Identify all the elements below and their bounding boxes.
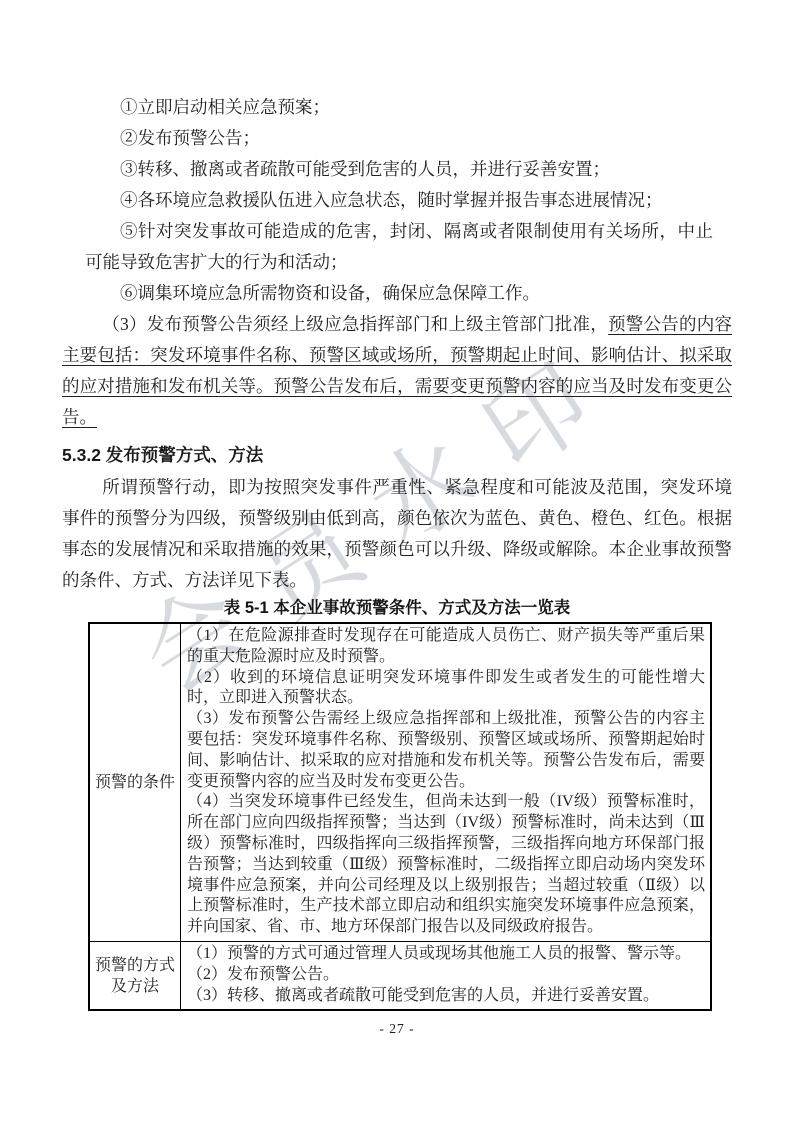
cell-item: （3）发布预警公告需经上级应急指挥部和上级批准，预警公告的内容主要包括：突发环境… — [187, 709, 705, 792]
bullet-item-5: ⑤针对突发事故可能造成的危害，封闭、隔离或者限制使用有关场所，中止可能导致危害扩… — [85, 216, 713, 278]
row-header-methods: 预警的方式及方法 — [89, 941, 181, 1010]
table-row-conditions: 预警的条件 （1）在危险源排查时发现存在可能造成人员伤亡、财产损失等严重后果的重… — [89, 623, 711, 941]
cell-item: （1）在危险源排查时发现存在可能造成人员伤亡、财产损失等严重后果的重大危险源时应… — [187, 626, 705, 668]
cell-item: （2）发布预警公告。 — [187, 965, 705, 986]
cell-item: （1）预警的方式可通过管理人员或现场其他施工人员的报警、警示等。 — [187, 944, 705, 965]
page-content: ①立即启动相关应急预案； ②发布预警公告； ③转移、撤离或者疏散可能受到危害的人… — [0, 0, 793, 1037]
bullet-item-1: ①立即启动相关应急预案； — [85, 92, 713, 123]
document-page: 会员水印 ①立即启动相关应急预案； ②发布预警公告； ③转移、撤离或者疏散可能受… — [0, 0, 793, 1122]
row-body-methods: （1）预警的方式可通过管理人员或现场其他施工人员的报警、警示等。 （2）发布预警… — [181, 941, 712, 1010]
section-heading-5-3-2: 5.3.2 发布预警方式、方法 — [62, 439, 732, 472]
cell-item: （2）收到的环境信息证明突发环境事件即发生或者发生的可能性增大时，立即进入预警状… — [187, 668, 705, 710]
row-body-conditions: （1）在危险源排查时发现存在可能造成人员伤亡、财产损失等严重后果的重大危险源时应… — [181, 623, 712, 941]
table-title: 表 5-1 本企业事故预警条件、方式及方法一览表 — [62, 598, 732, 619]
paragraph-3: （3）发布预警公告须经上级应急指挥部门和上级主管部门批准，预警公告的内容主要包括… — [62, 309, 732, 433]
bullet-item-4: ④各环境应急救援队伍进入应急状态，随时掌握并报告事态进展情况； — [85, 185, 713, 216]
bullet-item-2: ②发布预警公告； — [85, 123, 713, 154]
table-row-methods: 预警的方式及方法 （1）预警的方式可通过管理人员或现场其他施工人员的报警、警示等… — [89, 941, 711, 1010]
row-header-conditions: 预警的条件 — [89, 623, 181, 941]
paragraph-3-plain: （3）发布预警公告须经上级应急指挥部门和上级主管部门批准， — [102, 314, 608, 334]
section-paragraph: 所谓预警行动，即为按照突发事件严重性、紧急程度和可能波及范围，突发环境事件的预警… — [62, 472, 732, 596]
warning-table: 预警的条件 （1）在危险源排查时发现存在可能造成人员伤亡、财产损失等严重后果的重… — [88, 622, 712, 1011]
page-number: - 27 - — [62, 1021, 732, 1037]
bullet-item-3: ③转移、撤离或者疏散可能受到危害的人员，并进行妥善安置； — [85, 154, 713, 185]
bullet-item-6: ⑥调集环境应急所需物资和设备，确保应急保障工作。 — [85, 278, 713, 309]
cell-item: （3）转移、撤离或者疏散可能受到危害的人员，并进行妥善安置。 — [187, 986, 705, 1007]
cell-item: （4）当突发环境事件已经发生，但尚未达到一般（IV级）预警标准时，所在部门应向四… — [187, 792, 705, 938]
